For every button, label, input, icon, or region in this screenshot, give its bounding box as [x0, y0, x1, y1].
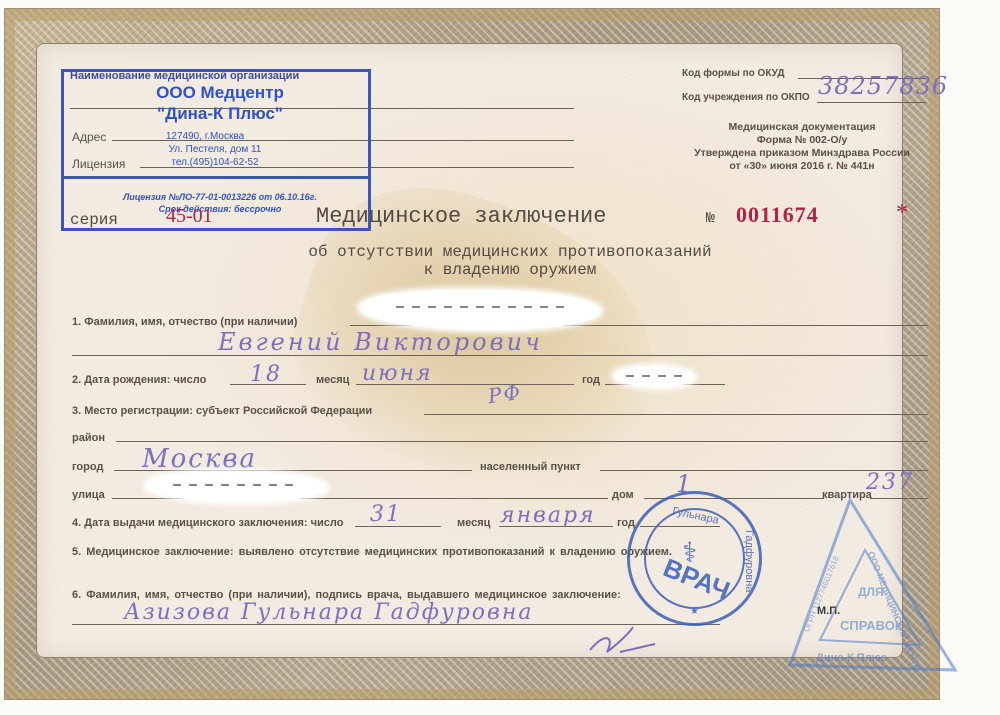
stamp-license: Лицензия №ЛО-77-01-0013226 от 06.10.16г.: [90, 192, 350, 202]
field4-year-label: год: [617, 517, 635, 529]
field2-month-label: месяц: [316, 374, 349, 386]
house-label: дом: [612, 489, 634, 501]
form-info-line3: Утверждена приказом Минздрава России: [676, 147, 928, 159]
field3-label: 3. Место регистрации: субъект Российской…: [72, 405, 372, 417]
subtitle-line1: об отсутствии медицинских противопоказан…: [230, 243, 790, 261]
field5-text: 5. Медицинское заключение: выявлено отсу…: [72, 546, 672, 558]
asterisk: *: [896, 200, 908, 227]
series-label: серия: [70, 211, 118, 229]
doctor-signature: [585, 622, 665, 662]
triangle-stamp: ДЛЯ СПРАВОК Дина-К Плюс ООО МЕДИЦИНСКИЙ …: [780, 490, 960, 680]
series-value: 45-01: [166, 205, 213, 228]
doctor-name: Азизова Гульнара Гадфуровна: [124, 600, 533, 625]
subtitle-line2: к владению оружием: [230, 261, 790, 279]
doctor-stamp: Гульнара Гадфуровна ⚕ ВРАЧ ★: [627, 491, 762, 626]
district-label: район: [72, 432, 105, 444]
field4-day: 31: [370, 502, 402, 527]
stamp-org-line1: ООО Медцентр: [120, 83, 320, 103]
field2-month: июня: [362, 361, 433, 386]
stamp-org-line2: "Дина-К Плюс": [120, 104, 320, 124]
stamp-validity: Срок действия: бессрочно: [130, 204, 310, 214]
form-info-line1: Медицинская документация: [676, 121, 928, 133]
document-title: Медицинское заключение: [316, 204, 606, 229]
star-icon: ★: [690, 606, 699, 617]
field1-value: Евгений Викторович: [218, 328, 543, 356]
form-info-line2: Форма № 002-О/у: [676, 134, 928, 146]
district-line: [116, 441, 928, 442]
city-label: город: [72, 461, 103, 473]
settlement-label: населенный пункт: [480, 461, 581, 473]
field1-label: 1. Фамилия, имя, отчество (при наличии): [72, 316, 297, 328]
field3-line: [424, 414, 928, 415]
field2-label: 2. Дата рождения: число: [72, 374, 206, 386]
stamp-divider: [64, 176, 368, 179]
city-value: Москва: [142, 444, 257, 474]
stamp-phone: тел.(495)104-62-52: [150, 157, 280, 168]
field2-year-label: год: [582, 374, 600, 386]
okpo-value: 38257836: [818, 72, 948, 100]
field4-month-label: месяц: [457, 517, 490, 529]
field4-label: 4. Дата выдачи медицинского заключения: …: [72, 517, 343, 529]
field4-month: января: [500, 503, 596, 528]
field2-day: 18: [250, 362, 282, 387]
street-label: улица: [72, 489, 105, 501]
field3-subject: РФ: [486, 380, 523, 409]
stamp-address1: 127490, г.Москва: [150, 131, 260, 142]
triangle-stamp-bottom: Дина-К Плюс: [816, 652, 887, 664]
stamp-address2: Ул. Пестеля, дом 11: [150, 144, 280, 155]
doctor-stamp-name-side: Гадфуровна: [743, 530, 755, 592]
form-info-line4: от «30» июня 2016 г. № 441н: [676, 160, 928, 172]
okud-label: Код формы по ОКУД: [682, 68, 785, 79]
number-label: №: [706, 210, 715, 227]
okpo-line: [817, 102, 926, 103]
document-number: 0011674: [736, 202, 819, 228]
okpo-label: Код учреждения по ОКПО: [682, 92, 810, 103]
